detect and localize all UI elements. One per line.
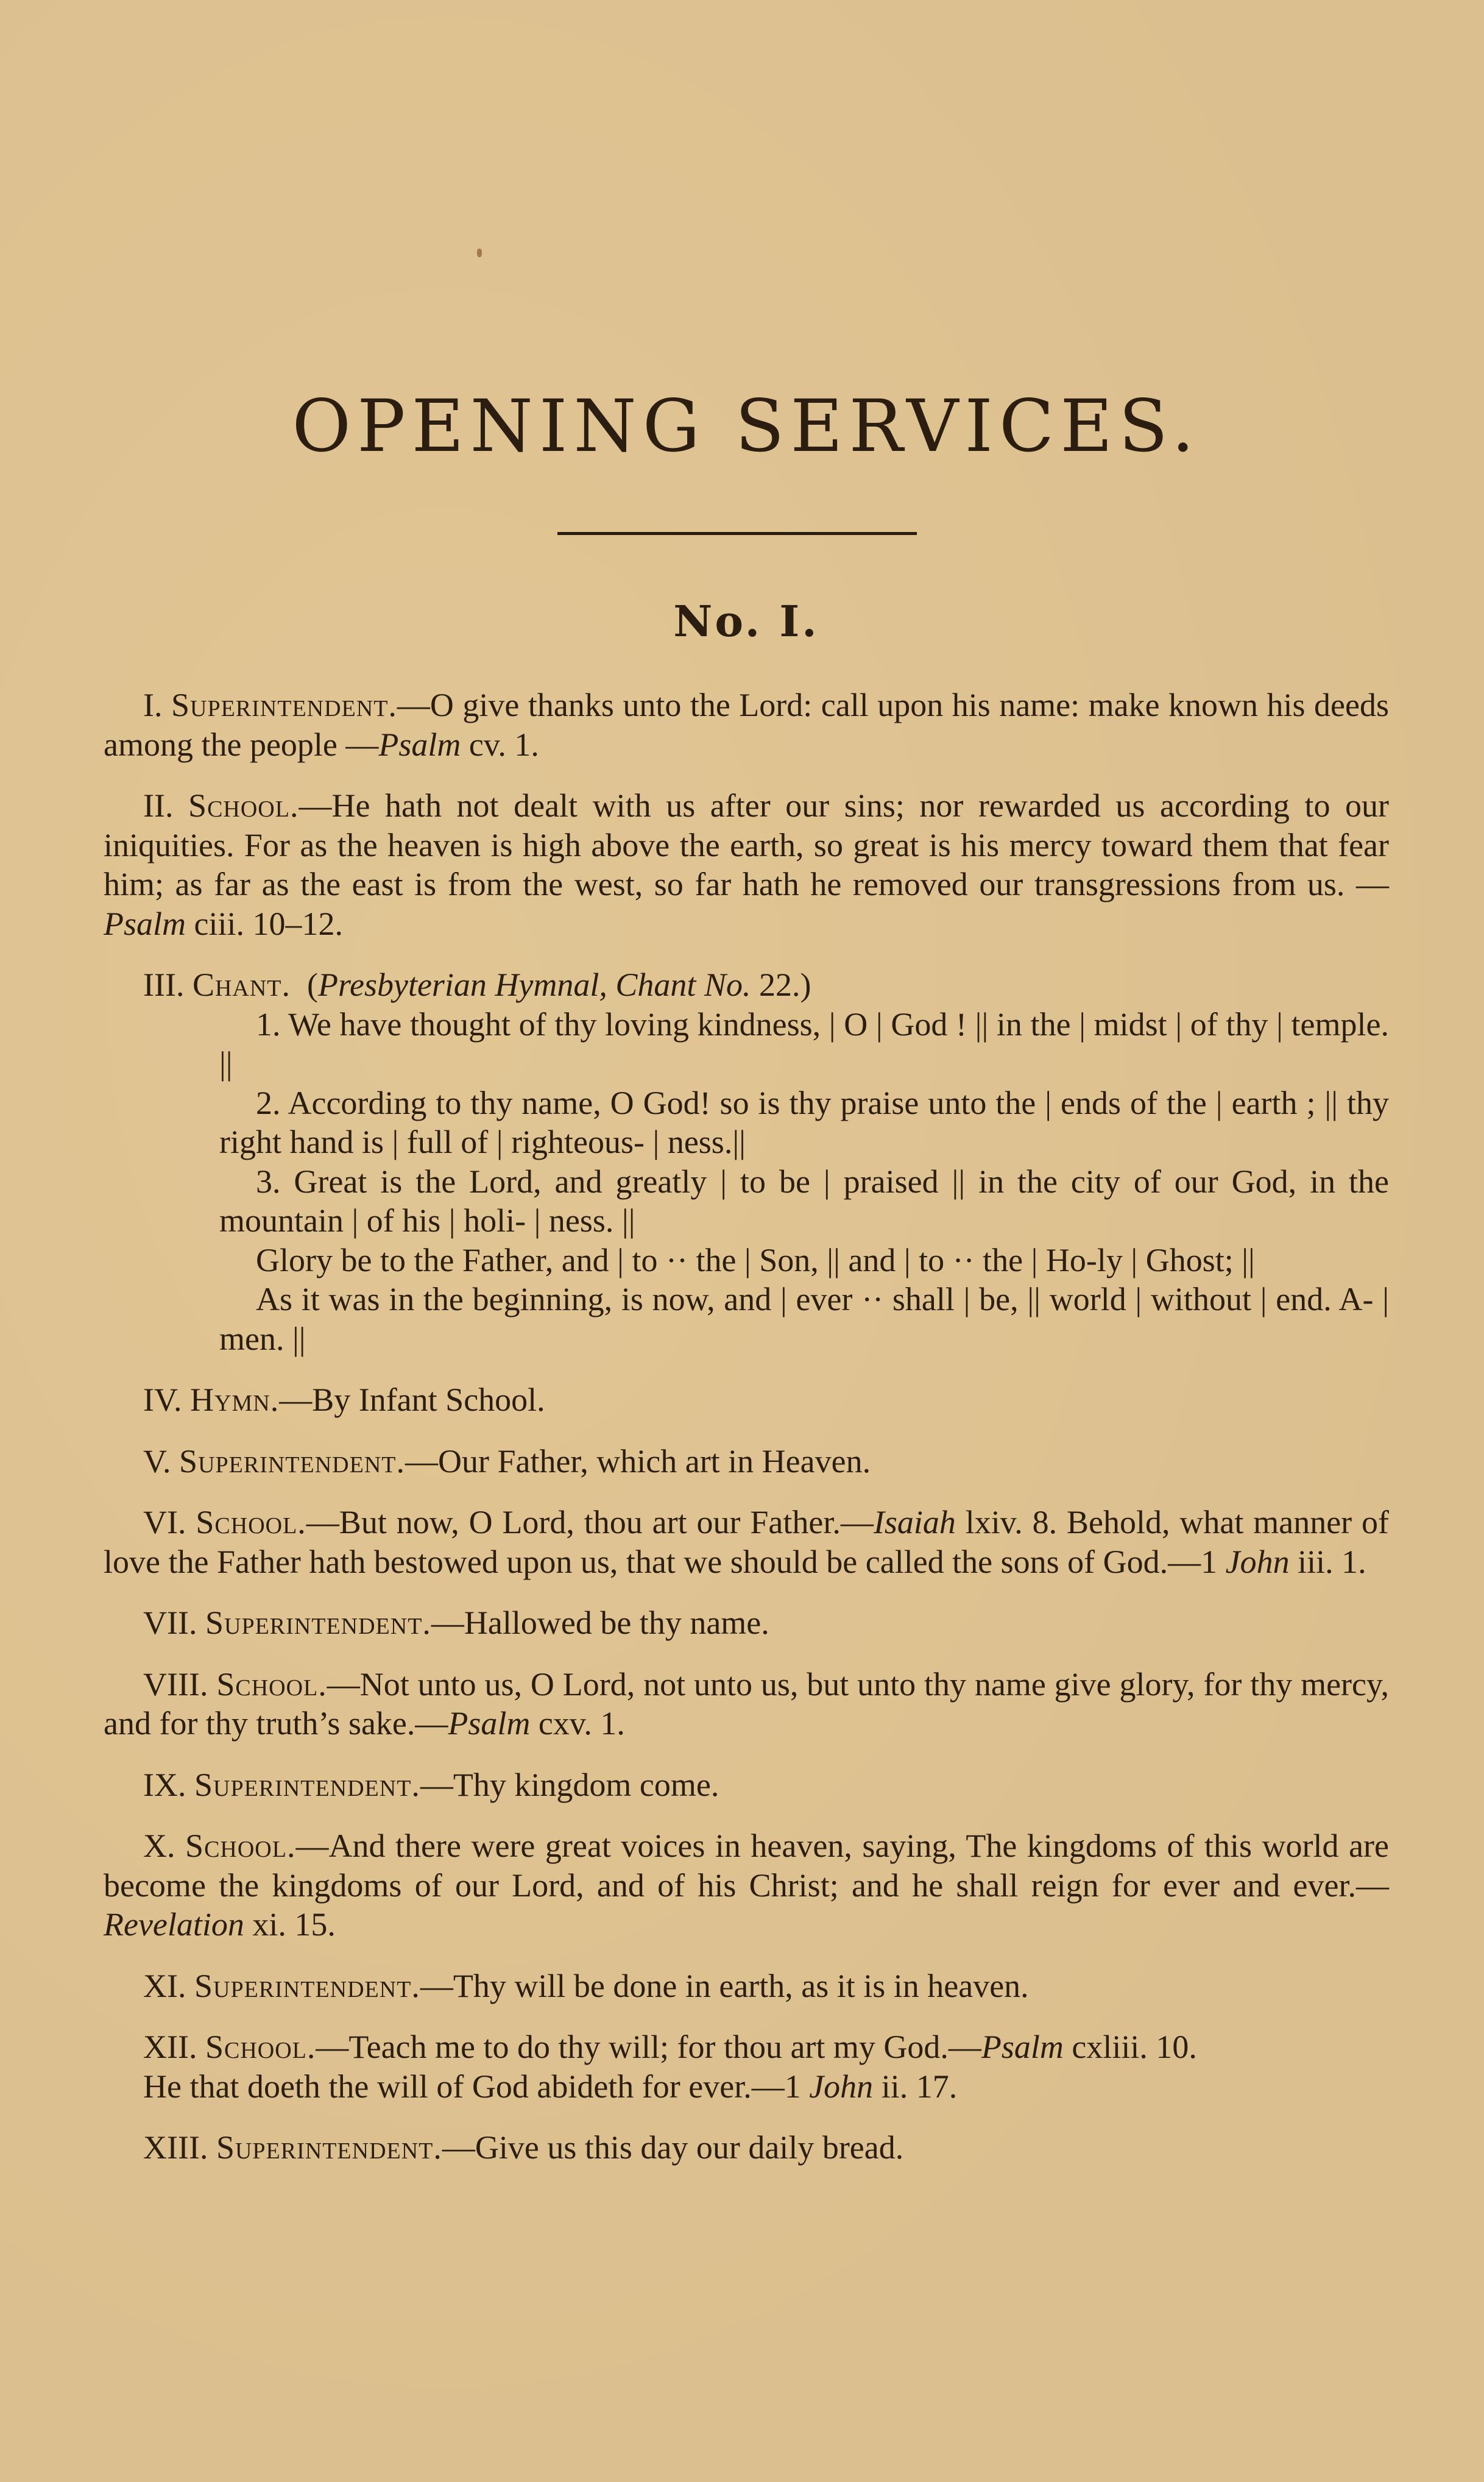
dash: — [1356, 866, 1389, 902]
scripture-book: John [1226, 1544, 1290, 1580]
scripture-citation: iii. 1. [1290, 1544, 1366, 1580]
item-number: III. [143, 966, 184, 1003]
chant-verses: 1. We have thought of thy loving kindnes… [219, 1005, 1389, 1359]
scripture-book: Psalm [981, 2029, 1064, 2065]
service-item-12: XII. School.—Teach me to do thy will; fo… [104, 2027, 1389, 2067]
dash: — [420, 1968, 453, 2004]
dash: — [420, 1767, 453, 1803]
chant-verse: 3. Great is the Lord, and greatly | to b… [219, 1162, 1389, 1241]
scripture-citation: lxiv. 8. [956, 1504, 1057, 1541]
title-divider [557, 532, 917, 535]
item-number: VII. [143, 1604, 197, 1641]
scripture-citation: cv. 1. [461, 726, 539, 763]
item-number: VI. [143, 1504, 186, 1541]
item-text: Thy kingdom come. [453, 1767, 719, 1803]
service-item-12-continuation: He that doeth the will of God abideth fo… [104, 2067, 1389, 2107]
service-item-2: II. School.—He hath not dealt with us af… [104, 786, 1389, 943]
scripture-book: Revelation [104, 1906, 244, 1943]
page-title: OPENING SERVICES. [104, 390, 1389, 462]
dash: — [306, 1504, 339, 1541]
section-number: No. I. [104, 600, 1389, 643]
item-role: Superintendent. [171, 687, 397, 723]
scripture-citation: ciii. 10–12. [186, 906, 343, 942]
item-number: I. [143, 687, 162, 723]
item-text: Hallowed be thy name. [464, 1604, 769, 1641]
scripture-book: Psalm [104, 906, 186, 942]
dash: —1 [1168, 1544, 1226, 1580]
item-number: X. [143, 1828, 175, 1864]
service-item-10: X. School.—And there were great voices i… [104, 1826, 1389, 1945]
service-item-3: III. Chant. (Presbyterian Hymnal, Chant … [104, 965, 1389, 1005]
service-body: I. Superintendent.—O give thanks unto th… [104, 686, 1389, 2189]
item-text: Our Father, which art in Heaven. [438, 1443, 871, 1480]
service-item-7: VII. Superintendent.—Hallowed be thy nam… [104, 1603, 1389, 1643]
chant-verse: 1. We have thought of thy loving kindnes… [219, 1005, 1389, 1083]
item-text: Thy will be done in earth, as it is in h… [453, 1968, 1029, 2004]
service-item-1: I. Superintendent.—O give thanks unto th… [104, 686, 1389, 764]
item-role: Chant. [193, 966, 291, 1003]
chant-number: 22.) [751, 966, 811, 1003]
service-item-13: XIII. Superintendent.—Give us this day o… [104, 2128, 1389, 2168]
scripture-book: John [809, 2068, 873, 2105]
item-text: He that doeth the will of God abideth fo… [143, 2068, 752, 2105]
service-item-6: VI. School.—But now, O Lord, thou art ou… [104, 1503, 1389, 1581]
dash: — [316, 2029, 348, 2065]
item-role: Superintendent. [205, 1604, 431, 1641]
scripture-book: Isaiah [874, 1504, 956, 1541]
service-item-9: IX. Superintendent.—Thy kingdom come. [104, 1765, 1389, 1805]
item-number: IV. [143, 1381, 182, 1418]
paren: ( [307, 966, 318, 1003]
scripture-citation: cxv. 1. [530, 1705, 624, 1742]
dash: — [1356, 1867, 1389, 1904]
dash: — [415, 1705, 448, 1742]
scripture-book: Psalm [448, 1705, 530, 1742]
item-text: Give us this day our daily bread. [475, 2129, 903, 2166]
item-role: School. [216, 1666, 327, 1703]
service-item-8: VIII. School.—Not unto us, O Lord, not u… [104, 1665, 1389, 1743]
dash: — [299, 787, 331, 824]
dash: — [397, 687, 430, 723]
chant-gloria: As it was in the beginning, is now, and … [219, 1280, 1389, 1358]
scripture-citation: xi. 15. [244, 1906, 336, 1943]
item-role: School. [205, 2029, 316, 2065]
item-text: By Infant School. [312, 1381, 545, 1418]
item-role: School. [196, 1504, 306, 1541]
dash: — [295, 1828, 328, 1864]
chant-verse: 2. According to thy name, O God! so is t… [219, 1083, 1389, 1162]
service-item-4: IV. Hymn.—By Infant School. [104, 1380, 1389, 1420]
dash: — [442, 2129, 475, 2166]
scripture-citation: ii. 17. [873, 2068, 957, 2105]
item-role: School. [188, 787, 299, 824]
item-number: V. [143, 1443, 171, 1480]
item-text: But now, O Lord, thou art our Father. [339, 1504, 841, 1541]
dash: — [841, 1504, 874, 1541]
item-role: Superintendent. [179, 1443, 405, 1480]
dash: — [431, 1604, 464, 1641]
item-number: VIII. [143, 1666, 208, 1703]
dash: — [405, 1443, 438, 1480]
item-role: Hymn. [190, 1381, 279, 1418]
paper-speck [477, 249, 482, 257]
item-number: II. [143, 787, 173, 824]
scripture-book: Psalm [378, 726, 461, 763]
dash: —1 [752, 2068, 810, 2105]
item-number: XII. [143, 2029, 197, 2065]
service-item-5: V. Superintendent.—Our Father, which art… [104, 1442, 1389, 1481]
item-role: Superintendent. [194, 1968, 420, 2004]
item-role: School. [185, 1828, 295, 1864]
item-number: IX. [143, 1767, 186, 1803]
chant-source: Presbyterian Hymnal, Chant No. [318, 966, 751, 1003]
dash: — [327, 1666, 360, 1703]
service-item-11: XI. Superintendent.—Thy will be done in … [104, 1966, 1389, 2006]
dash: — [949, 2029, 981, 2065]
dash: — [279, 1381, 312, 1418]
dash: — [345, 726, 378, 763]
item-number: XI. [143, 1968, 186, 2004]
scripture-citation: cxliii. 10. [1064, 2029, 1197, 2065]
item-text: Teach me to do thy will; for thou art my… [348, 2029, 949, 2065]
chant-gloria: Glory be to the Father, and | to ·· the … [219, 1241, 1389, 1280]
item-role: Superintendent. [194, 1767, 420, 1803]
item-number: XIII. [143, 2129, 208, 2166]
item-role: Superintendent. [216, 2129, 442, 2166]
